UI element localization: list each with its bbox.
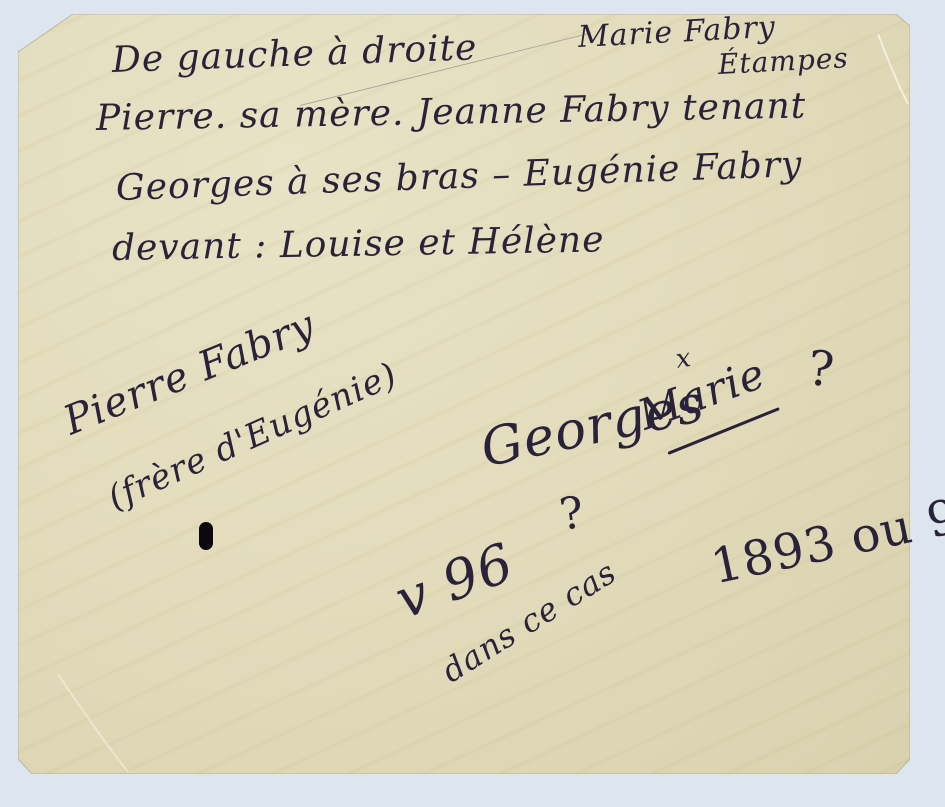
text-line-4: devant : Louise et Hélène (112, 219, 605, 269)
ink-blot (199, 522, 213, 550)
top-right-place: Étampes (717, 41, 849, 81)
